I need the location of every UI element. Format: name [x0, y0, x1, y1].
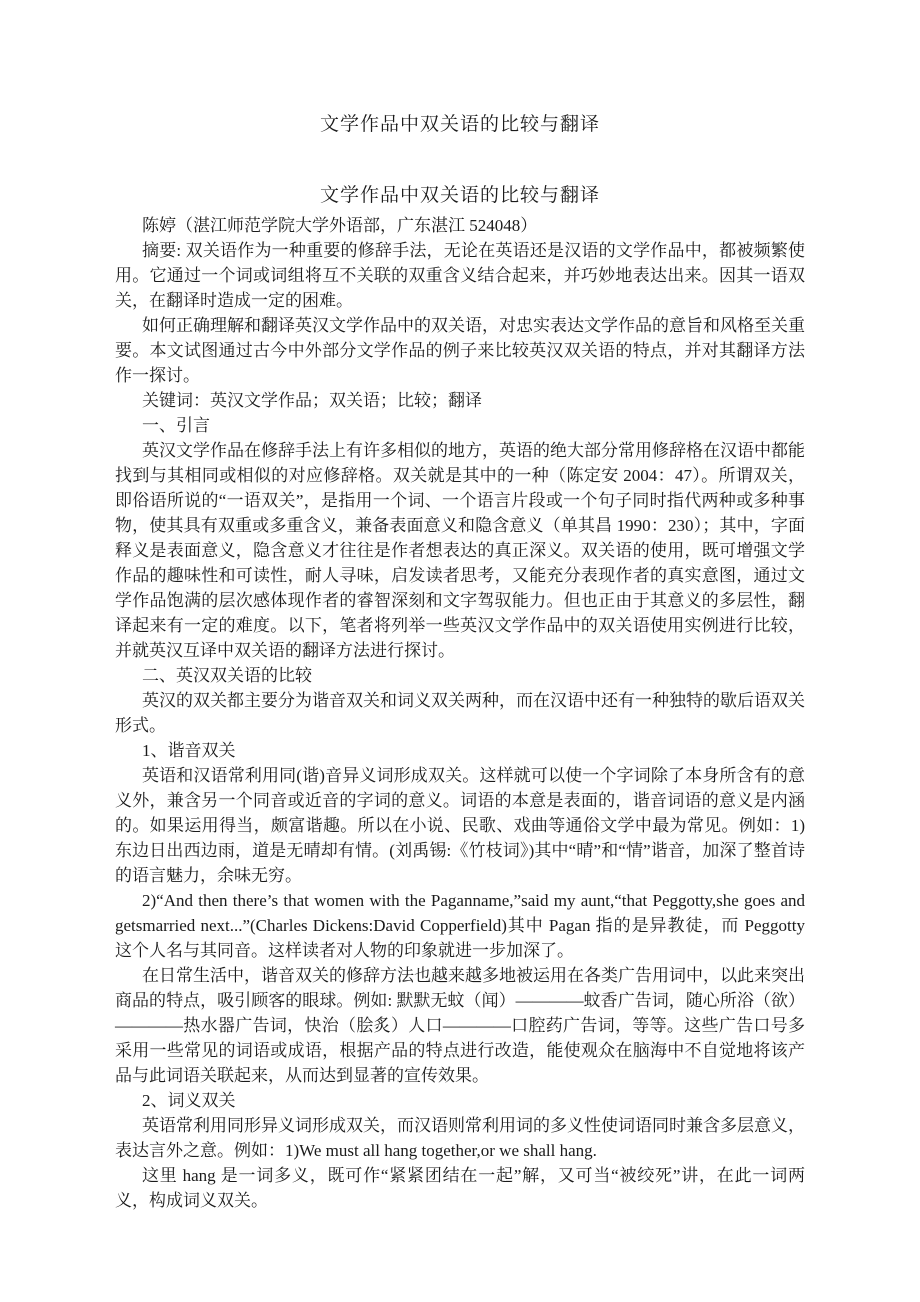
document-page: 文学作品中双关语的比较与翻译 文学作品中双关语的比较与翻译 陈婷（湛江师范学院大… — [0, 0, 920, 1302]
homophonic-pun-paragraph-2: 2)“And then there’s that women with the … — [115, 888, 805, 963]
author-line: 陈婷（湛江师范学院大学外语部，广东湛江 524048） — [115, 213, 805, 238]
comparison-intro-paragraph: 英汉的双关都主要分为谐音双关和词义双关两种，而在汉语中还有一种独特的歇后语双关形… — [115, 688, 805, 738]
section-heading-comparison: 二、英汉双关语的比较 — [115, 663, 805, 688]
section-heading-introduction: 一、引言 — [115, 413, 805, 438]
abstract-paragraph-2: 如何正确理解和翻译英汉文学作品中的双关语，对忠实表达文学作品的意旨和风格至关重要… — [115, 313, 805, 388]
semantic-pun-paragraph-2: 这里 hang 是一词多义，既可作“紧紧团结在一起”解，又可当“被绞死”讲，在此… — [115, 1163, 805, 1213]
homophonic-pun-paragraph-3: 在日常生活中，谐音双关的修辞方法也越来越多地被运用在各类广告用词中，以此来突出商… — [115, 963, 805, 1088]
article-title: 文学作品中双关语的比较与翻译 — [115, 183, 805, 209]
subsection-heading-homophonic-pun: 1、谐音双关 — [115, 738, 805, 763]
abstract-paragraph-1: 摘要: 双关语作为一种重要的修辞手法，无论在英语还是汉语的文学作品中，都被频繁使… — [115, 238, 805, 313]
subsection-heading-semantic-pun: 2、词义双关 — [115, 1088, 805, 1113]
document-header-title: 文学作品中双关语的比较与翻译 — [115, 112, 805, 138]
article-body: 陈婷（湛江师范学院大学外语部，广东湛江 524048） 摘要: 双关语作为一种重… — [115, 213, 805, 1213]
introduction-paragraph: 英汉文学作品在修辞手法上有许多相似的地方，英语的绝大部分常用修辞格在汉语中都能找… — [115, 438, 805, 663]
semantic-pun-paragraph-1: 英语常利用同形异义词形成双关，而汉语则常利用词的多义性使词语同时兼含多层意义，表… — [115, 1113, 805, 1163]
homophonic-pun-paragraph-1: 英语和汉语常利用同(谐)音异义词形成双关。这样就可以使一个字词除了本身所含有的意… — [115, 763, 805, 888]
keywords-line: 关键词：英汉文学作品；双关语；比较；翻译 — [115, 388, 805, 413]
